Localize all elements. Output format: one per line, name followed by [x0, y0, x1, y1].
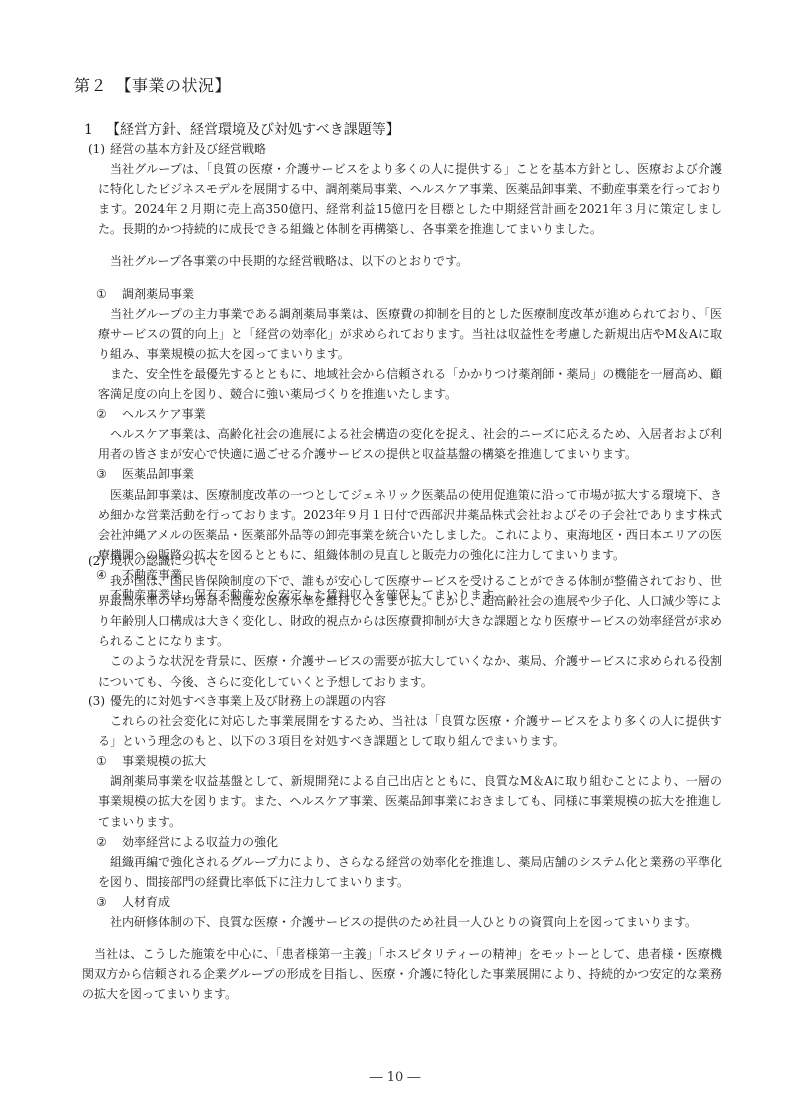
paragraph: このような状況を背景に、医療・介護サービスの需要が拡大していくなか、薬局、介護サ… — [98, 651, 722, 691]
item-body: 組織再編で強化されるグループ力により、さらなる経営の効率化を推進し、薬局店舗のシ… — [74, 852, 722, 892]
subsection-1-heading: (1)経営の基本方針及び経営戦略 — [74, 139, 722, 159]
item-marker: ① — [96, 751, 122, 771]
paragraph: これらの社会変化に対応した事業展開をするため、当社は「良質な医療・介護サービスを… — [98, 711, 722, 751]
paragraph: 当社グループ各事業の中長期的な経営戦略は、以下のとおりです。 — [98, 251, 722, 271]
item-heading: ③医薬品卸事業 — [74, 464, 722, 484]
item-title: 人材育成 — [122, 895, 170, 909]
subsection-1-body: 当社グループは、「良質の医療・介護サービスをより多くの人に提供する」ことを基本方… — [74, 159, 722, 271]
item-heading: ①調剤薬局事業 — [74, 284, 722, 304]
subsection-number: (2) — [88, 551, 110, 571]
subsection-number: (3) — [88, 691, 110, 711]
closing-paragraph: 当社は、こうした施策を中心に、「患者様第一主義」「ホスピタリティーの精神」をモッ… — [82, 944, 722, 1004]
section-number: 1 — [84, 122, 106, 138]
item-title: 効率経営による収益力の強化 — [122, 835, 278, 849]
item-heading: ②効率経営による収益力の強化 — [74, 832, 722, 852]
subsection-1: (1)経営の基本方針及び経営戦略 当社グループは、「良質の医療・介護サービスをよ… — [74, 139, 722, 605]
item-body: 当社グループの主力事業である調剤薬局事業は、医療費の抑制を目的とした医療制度改革… — [74, 304, 722, 404]
subsection-2-body: 我が国は、国民皆保険制度の下で、誰もが安心して医療サービスを受けることができる体… — [74, 571, 722, 692]
paragraph: 組織再編で強化されるグループ力により、さらなる経営の効率化を推進し、薬局店舗のシ… — [98, 852, 722, 892]
subsection-title: 現状の認識について — [110, 554, 218, 568]
item-marker: ② — [96, 832, 122, 852]
paragraph: 社内研修体制の下、良質な医療・介護サービスの提供のため社員一人ひとりの資質向上を… — [98, 912, 722, 932]
subsection-title: 優先的に対処すべき事業上及び財務上の課題の内容 — [110, 694, 386, 708]
item-marker: ③ — [96, 464, 122, 484]
subsection-3-body: これらの社会変化に対応した事業展開をするため、当社は「良質な医療・介護サービスを… — [74, 711, 722, 751]
item-marker: ① — [96, 284, 122, 304]
subsection-title: 経営の基本方針及び経営戦略 — [110, 142, 266, 156]
closing-body: 当社は、こうした施策を中心に、「患者様第一主義」「ホスピタリティーの精神」をモッ… — [74, 944, 722, 1004]
page-number: ― 10 ― — [0, 1070, 790, 1085]
subsection-2-heading: (2)現状の認識について — [74, 551, 722, 571]
paragraph: また、安全性を最優先するとともに、地域社会から信頼される「かかりつけ薬剤師・薬局… — [98, 364, 722, 404]
item-body: 社内研修体制の下、良質な医療・介護サービスの提供のため社員一人ひとりの資質向上を… — [74, 912, 722, 932]
item-body: ヘルスケア事業は、高齢化社会の進展による社会構造の変化を捉え、社会的ニーズに応え… — [74, 424, 722, 464]
item-heading: ②ヘルスケア事業 — [74, 404, 722, 424]
item-heading: ③人材育成 — [74, 892, 722, 912]
subsection-3: (3)優先的に対処すべき事業上及び財務上の課題の内容 これらの社会変化に対応した… — [74, 691, 722, 1004]
paragraph: 調剤薬局事業を収益基盤として、新規開発による自己出店とともに、良質なM＆Aに取り… — [98, 771, 722, 831]
subsection-2: (2)現状の認識について 我が国は、国民皆保険制度の下で、誰もが安心して医療サー… — [74, 551, 722, 692]
document-page: 第２ 【事業の状況】 1【経営方針、経営環境及び対処すべき課題等】 (1)経営の… — [0, 0, 790, 1118]
paragraph: 当社グループの主力事業である調剤薬局事業は、医療費の抑制を目的とした医療制度改革… — [98, 304, 722, 364]
item-marker: ③ — [96, 892, 122, 912]
item-marker: ② — [96, 404, 122, 424]
chapter-title: 第２ 【事業の状況】 — [74, 73, 231, 96]
item-title: ヘルスケア事業 — [122, 407, 206, 421]
paragraph: 当社グループは、「良質の医療・介護サービスをより多くの人に提供する」ことを基本方… — [98, 159, 722, 239]
paragraph: ヘルスケア事業は、高齢化社会の進展による社会構造の変化を捉え、社会的ニーズに応え… — [98, 424, 722, 464]
section-title: 【経営方針、経営環境及び対処すべき課題等】 — [106, 122, 400, 138]
subsection-number: (1) — [88, 139, 110, 159]
item-title: 事業規模の拡大 — [122, 754, 206, 768]
item-title: 医薬品卸事業 — [122, 467, 194, 481]
subsection-3-heading: (3)優先的に対処すべき事業上及び財務上の課題の内容 — [74, 691, 722, 711]
section-heading: 1【経営方針、経営環境及び対処すべき課題等】 — [84, 119, 400, 139]
item-heading: ①事業規模の拡大 — [74, 751, 722, 771]
paragraph: 我が国は、国民皆保険制度の下で、誰もが安心して医療サービスを受けることができる体… — [98, 571, 722, 651]
item-body: 調剤薬局事業を収益基盤として、新規開発による自己出店とともに、良質なM＆Aに取り… — [74, 771, 722, 831]
item-title: 調剤薬局事業 — [122, 287, 194, 301]
